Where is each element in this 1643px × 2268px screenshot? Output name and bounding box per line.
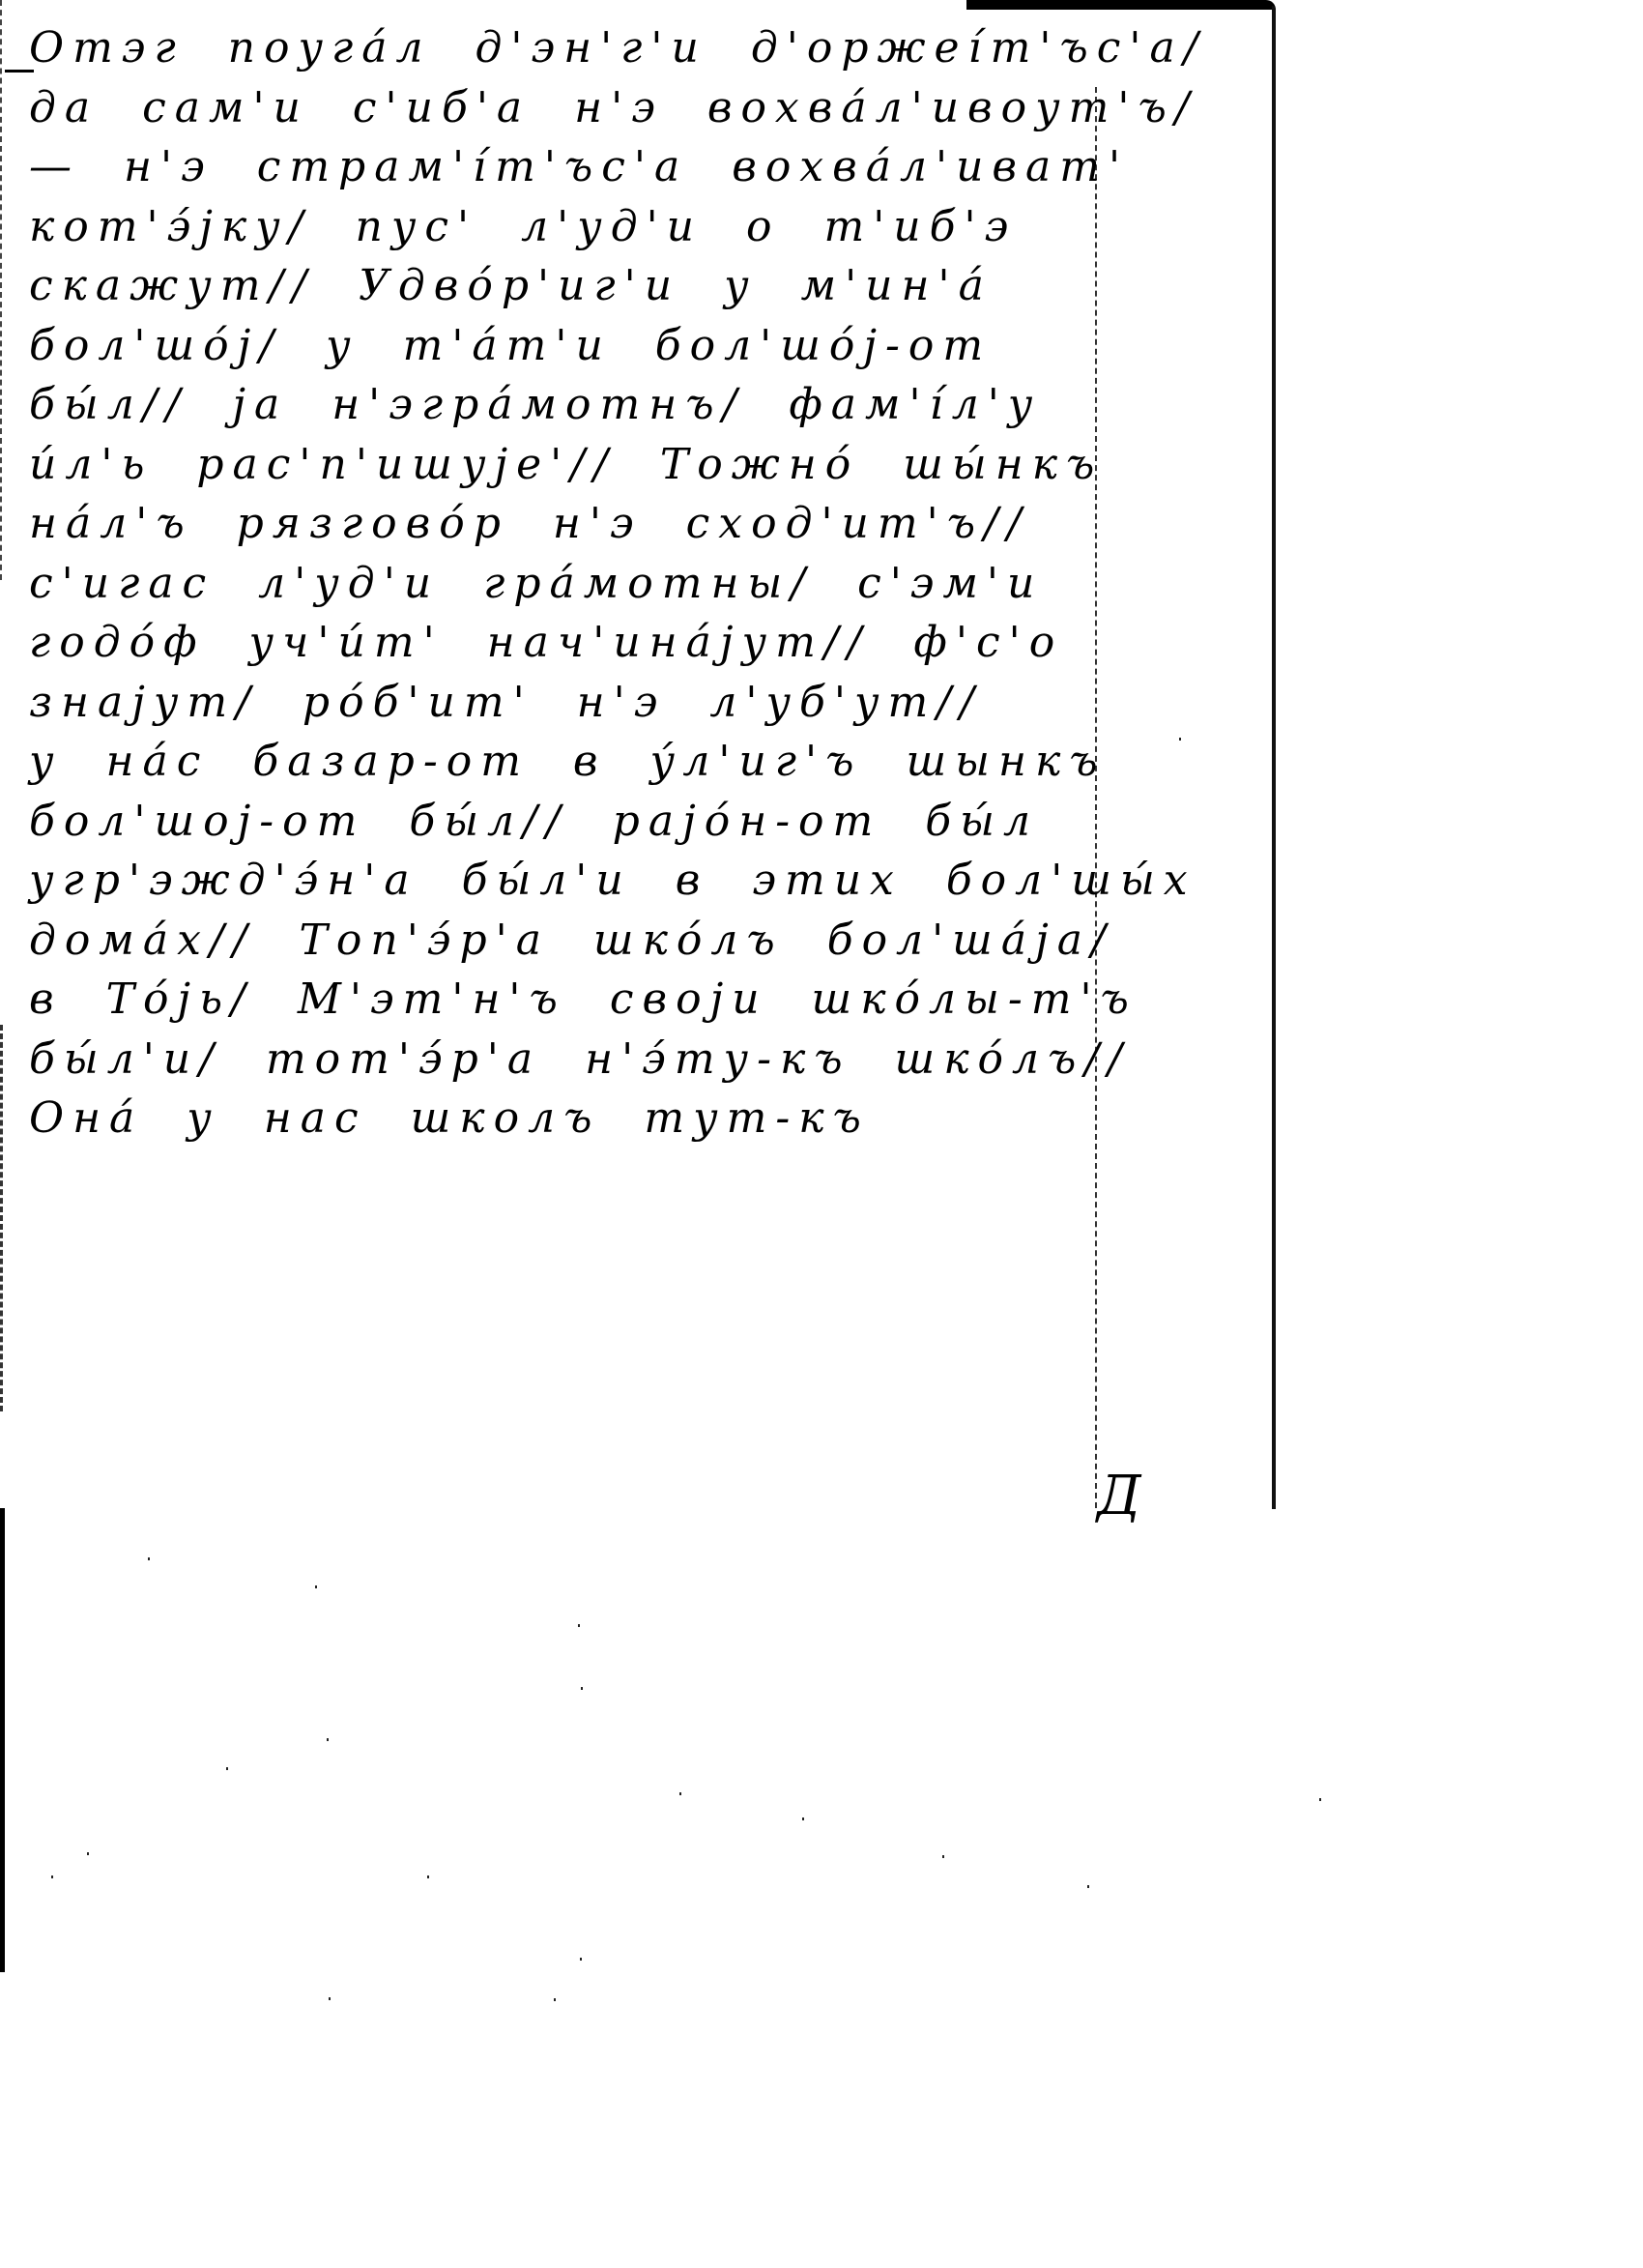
scan-speck (554, 1998, 556, 2001)
text-line: бы́л// ја н'эгрáмотнъ/ фам'íл'у (29, 376, 1169, 436)
text-line: кот'э́јку/ пус' л'уд'и о т'иб'э (29, 198, 1169, 258)
scan-speck (1087, 1885, 1089, 1888)
text-line: бол'шој-от бы́л// рајóн-от бы́л (29, 793, 1169, 853)
text-line: годóф уч'и́т' нач'инáјут// ф'с'о (29, 614, 1169, 674)
text-line: у нáс базар-от в ýл'иг'ъ шынкъ (29, 733, 1169, 793)
text-line: бы́л'и/ тот'э́р'а н'э́ту-къ шкóлъ// (29, 1031, 1169, 1090)
text-line: — н'э страм'íт'ъс'а вохвáл'иват' (29, 138, 1169, 198)
scan-speck (578, 1624, 580, 1627)
page-right-edge (1272, 6, 1276, 1509)
text-line: с'игас л'уд'и грáмотны/ с'эм'и (29, 555, 1169, 615)
scan-speck (427, 1875, 429, 1878)
scan-speck (315, 1585, 317, 1588)
scanned-page: Отэг поугáл д'эн'г'и д'оржеíт'ъс'а/ да с… (0, 0, 1643, 2268)
scan-speck (679, 1792, 681, 1795)
text-line: домáх// Топ'э́р'а шкóлъ бол'шáја/ (29, 912, 1169, 972)
scan-speck (87, 1852, 89, 1855)
text-line: скажут// Удвóр'иг'и у м'ин'á (29, 257, 1169, 317)
text-line: да сам'и с'иб'а н'э вохвáл'ивоут'ъ/ (29, 79, 1169, 139)
text-line: бол'шóј/ у т'áт'и бол'шóј-от (29, 317, 1169, 377)
text-line: Отэг поугáл д'эн'г'и д'оржеíт'ъс'а/ (29, 19, 1169, 79)
scan-speck (329, 1997, 331, 2000)
signature-mark: Д (1097, 1465, 1141, 1527)
text-line: и́л'ь рас'п'ишује'// Тожнó шы́нкъ (29, 436, 1169, 496)
text-line: угр'эжд'э́н'а бы́л'и в этих бол'шы́х (29, 852, 1169, 912)
scan-left-edge-mid (0, 1025, 8, 1411)
text-line: в Тóјь/ М'эт'н'ъ своји шкóлы-т'ъ (29, 971, 1169, 1031)
handwritten-text: Отэг поугáл д'эн'г'и д'оржеíт'ъс'а/ да с… (29, 19, 1169, 1149)
text-line: нáл'ъ рязговóр н'э сход'ит'ъ// (29, 495, 1169, 555)
scan-left-bar (0, 1508, 5, 1972)
text-line: знајут/ рóб'ит' н'э л'уб'ут// (29, 674, 1169, 734)
scan-speck (581, 1687, 583, 1690)
scan-speck (1179, 738, 1181, 741)
scan-speck (802, 1817, 804, 1820)
scan-top-border (966, 0, 1276, 10)
scan-speck (327, 1738, 329, 1741)
scan-speck (51, 1875, 53, 1878)
scan-speck (226, 1767, 228, 1770)
text-line: Онá у нас школъ тут-къ (29, 1090, 1169, 1149)
scan-left-edge (0, 0, 6, 580)
scan-speck (942, 1855, 944, 1858)
scan-speck (580, 1958, 582, 1961)
scan-speck (1319, 1798, 1321, 1801)
scan-speck (148, 1557, 150, 1560)
